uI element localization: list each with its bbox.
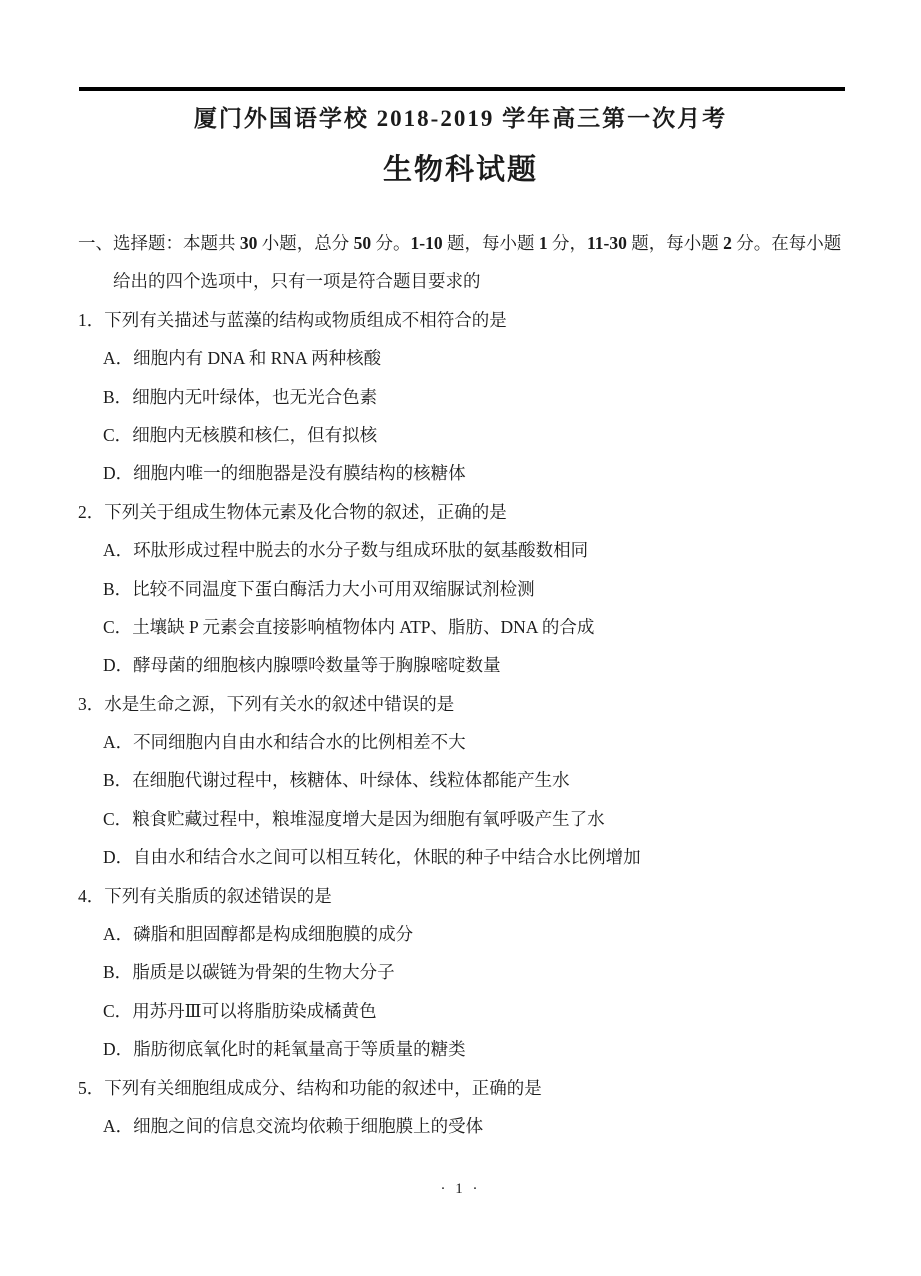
page-number: · 1 · <box>0 1181 921 1198</box>
option-text: 细胞内唯一的细胞器是没有膜结构的核糖体 <box>133 463 466 483</box>
option-text: 环肽形成过程中脱去的水分子数与组成环肽的氨基酸数相同 <box>133 540 588 560</box>
instructions-text: 题，每小题 <box>443 233 539 253</box>
option-label: B． <box>103 962 132 982</box>
page-subtitle: 生物科试题 <box>0 147 921 188</box>
question-number: 4． <box>78 886 104 906</box>
question-1-option-b: B．细胞内无叶绿体，也无光合色素 <box>0 378 921 416</box>
question-text: 下列有关细胞组成成分、结构和功能的叙述中，正确的是 <box>104 1078 542 1098</box>
option-text: 细胞内无核膜和核仁，但有拟核 <box>132 425 377 445</box>
question-text: 水是生命之源，下列有关水的叙述中错误的是 <box>104 694 454 714</box>
question-2-option-a: A．环肽形成过程中脱去的水分子数与组成环肽的氨基酸数相同 <box>0 531 921 569</box>
question-1-option-d: D．细胞内唯一的细胞器是没有膜结构的核糖体 <box>0 454 921 492</box>
option-text: 细胞内无叶绿体，也无光合色素 <box>132 387 377 407</box>
option-label: B． <box>103 387 132 407</box>
option-text: 粮食贮藏过程中，粮堆湿度增大是因为细胞有氧呼吸产生了水 <box>132 809 605 829</box>
question-1-option-a: A．细胞内有 DNA 和 RNA 两种核酸 <box>0 339 921 377</box>
option-label: B． <box>103 770 132 790</box>
instructions-number: 30 <box>240 233 258 253</box>
question-5-option-a: A．细胞之间的信息交流均依赖于细胞膜上的受体 <box>0 1107 921 1145</box>
header-rule <box>79 87 845 91</box>
option-label: D． <box>103 847 133 867</box>
option-label: A． <box>103 1116 133 1136</box>
instructions-number: 2 <box>723 233 732 253</box>
option-label: C． <box>103 617 132 637</box>
instructions-text: 分。在每小题 <box>732 233 841 253</box>
instructions-text: 小题，总分 <box>257 233 353 253</box>
question-3-stem: 3．水是生命之源，下列有关水的叙述中错误的是 <box>0 685 921 723</box>
option-text: 脂肪彻底氧化时的耗氧量高于等质量的糖类 <box>133 1039 466 1059</box>
option-text: 自由水和结合水之间可以相互转化，休眠的种子中结合水比例增加 <box>133 847 641 867</box>
option-label: D． <box>103 655 133 675</box>
instructions-text: 分。 <box>371 233 410 253</box>
question-4-stem: 4．下列有关脂质的叙述错误的是 <box>0 877 921 915</box>
option-text: 土壤缺 P 元素会直接影响植物体内 ATP、脂肪、DNA 的合成 <box>132 617 594 637</box>
instructions-number: 11-30 <box>587 233 627 253</box>
question-3-option-b: B．在细胞代谢过程中，核糖体、叶绿体、线粒体都能产生水 <box>0 761 921 799</box>
question-2-stem: 2．下列关于组成生物体元素及化合物的叙述，正确的是 <box>0 493 921 531</box>
option-label: C． <box>103 1001 132 1021</box>
question-4-option-d: D．脂肪彻底氧化时的耗氧量高于等质量的糖类 <box>0 1030 921 1068</box>
page-title: 厦门外国语学校 2018-2019 学年高三第一次月考 <box>0 100 921 133</box>
option-text: 磷脂和胆固醇都是构成细胞膜的成分 <box>133 924 413 944</box>
option-label: D． <box>103 463 133 483</box>
question-4-option-c: C．用苏丹Ⅲ可以将脂肪染成橘黄色 <box>0 992 921 1030</box>
option-label: A． <box>103 540 133 560</box>
question-5-stem: 5．下列有关细胞组成成分、结构和功能的叙述中，正确的是 <box>0 1069 921 1107</box>
question-number: 5． <box>78 1078 104 1098</box>
option-label: B． <box>103 579 132 599</box>
question-2-option-d: D．酵母菌的细胞核内腺嘌呤数量等于胸腺嘧啶数量 <box>0 646 921 684</box>
question-text: 下列有关脂质的叙述错误的是 <box>104 886 332 906</box>
question-1-stem: 1．下列有关描述与蓝藻的结构或物质组成不相符合的是 <box>0 301 921 339</box>
question-text: 下列关于组成生物体元素及化合物的叙述，正确的是 <box>104 502 507 522</box>
instructions-text: 一、选择题：本题共 <box>78 233 240 253</box>
option-text: 细胞内有 DNA 和 RNA 两种核酸 <box>133 348 381 368</box>
instructions-number: 50 <box>354 233 372 253</box>
exam-paper-page: 厦门外国语学校 2018-2019 学年高三第一次月考 生物科试题 一、选择题：… <box>0 0 921 1276</box>
instructions-number: 1 <box>539 233 548 253</box>
option-label: A． <box>103 732 133 752</box>
question-number: 2． <box>78 502 104 522</box>
option-label: D． <box>103 1039 133 1059</box>
instructions-text: 题，每小题 <box>627 233 723 253</box>
question-1-option-c: C．细胞内无核膜和核仁，但有拟核 <box>0 416 921 454</box>
question-2-option-c: C．土壤缺 P 元素会直接影响植物体内 ATP、脂肪、DNA 的合成 <box>0 608 921 646</box>
option-text: 在细胞代谢过程中，核糖体、叶绿体、线粒体都能产生水 <box>132 770 570 790</box>
question-3-option-a: A．不同细胞内自由水和结合水的比例相差不大 <box>0 723 921 761</box>
option-text: 用苏丹Ⅲ可以将脂肪染成橘黄色 <box>132 1001 376 1021</box>
option-label: C． <box>103 425 132 445</box>
option-label: A． <box>103 924 133 944</box>
exam-body: 一、选择题：本题共 30 小题，总分 50 分。1-10 题，每小题 1 分，1… <box>0 224 921 1145</box>
question-2-option-b: B．比较不同温度下蛋白酶活力大小可用双缩脲试剂检测 <box>0 570 921 608</box>
question-text: 下列有关描述与蓝藻的结构或物质组成不相符合的是 <box>104 310 507 330</box>
option-text: 不同细胞内自由水和结合水的比例相差不大 <box>133 732 466 752</box>
option-label: A． <box>103 348 133 368</box>
instructions-number: 1-10 <box>411 233 443 253</box>
option-text: 比较不同温度下蛋白酶活力大小可用双缩脲试剂检测 <box>132 579 535 599</box>
section-instructions-line2: 给出的四个选项中，只有一项是符合题目要求的 <box>0 262 921 300</box>
question-3-option-d: D．自由水和结合水之间可以相互转化，休眠的种子中结合水比例增加 <box>0 838 921 876</box>
question-number: 3． <box>78 694 104 714</box>
question-number: 1． <box>78 310 104 330</box>
option-text: 酵母菌的细胞核内腺嘌呤数量等于胸腺嘧啶数量 <box>133 655 501 675</box>
option-text: 脂质是以碳链为骨架的生物大分子 <box>132 962 395 982</box>
option-label: C． <box>103 809 132 829</box>
instructions-text: 分， <box>548 233 587 253</box>
question-4-option-a: A．磷脂和胆固醇都是构成细胞膜的成分 <box>0 915 921 953</box>
question-3-option-c: C．粮食贮藏过程中，粮堆湿度增大是因为细胞有氧呼吸产生了水 <box>0 800 921 838</box>
option-text: 细胞之间的信息交流均依赖于细胞膜上的受体 <box>133 1116 483 1136</box>
question-4-option-b: B．脂质是以碳链为骨架的生物大分子 <box>0 953 921 991</box>
section-instructions-line1: 一、选择题：本题共 30 小题，总分 50 分。1-10 题，每小题 1 分，1… <box>0 224 921 262</box>
